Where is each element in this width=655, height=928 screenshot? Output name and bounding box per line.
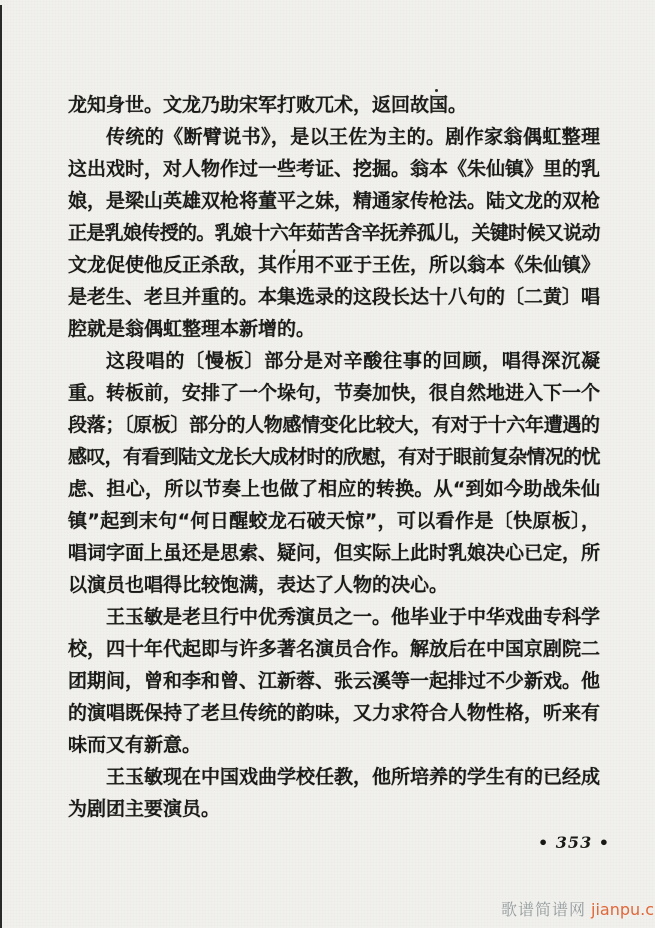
text-line: 龙知身世。文龙乃助宋军打败兀术，返回故国。 xyxy=(68,89,600,121)
watermark-site-url: jianpu.cn xyxy=(591,900,655,919)
text-line: 王玉敏是老旦行中优秀演员之一。他毕业于中华戏曲专科学 xyxy=(68,601,600,633)
text-line: 为剧团主要演员。 xyxy=(68,793,600,825)
body-text: 龙知身世。文龙乃助宋军打败兀术，返回故国。传统的《断臂说书》，是以王佐为主的。剧… xyxy=(68,89,600,825)
page-number: • 353 • xyxy=(538,833,602,852)
watermark-site-name: 歌谱简谱网 xyxy=(501,900,586,919)
text-line: 味而又有新意。 xyxy=(68,729,600,761)
text-line: 段落；〔原板〕部分的人物感情变化比较大，有对于十六年遭遇的 xyxy=(68,409,600,441)
book-page: 龙知身世。文龙乃助宋军打败兀术，返回故国。传统的《断臂说书》，是以王佐为主的。剧… xyxy=(0,0,655,928)
text-line: 正是乳娘传授的。乳娘十六年茹苦含辛抚养孤儿，关键时候又说动 xyxy=(68,217,600,249)
text-line: 镇”起到末句“何日醒蛟龙石破天惊”，可以看作是〔快原板〕， xyxy=(68,505,600,537)
text-line: 团期间，曾和李和曾、江新蓉、张云溪等一起排过不少新戏。他 xyxy=(68,665,600,697)
text-line: 重。转板前，安排了一个垛句，节奏加快，很自然地进入下一个 xyxy=(68,377,600,409)
text-line: 腔就是翁偶虹整理本新增的。 xyxy=(68,313,600,345)
text-line: 唱词字面上虽还是思索、疑问，但实际上此时乳娘决心已定，所 xyxy=(68,537,600,569)
text-line: 虑、担心，所以节奏上也做了相应的转换。从“到如今助战朱仙 xyxy=(68,473,600,505)
text-line: 感叹，有看到陆文龙长大成材时的欣慰，有对于眼前复杂情况的忧 xyxy=(68,441,600,473)
text-line: 文龙促使他反正杀敌，其作用不亚于王佐，所以翁本《朱仙镇》 xyxy=(68,249,600,281)
text-line: 是老生、老旦并重的。本集选录的这段长达十八句的〔二黄〕唱 xyxy=(68,281,600,313)
watermark: 歌谱简谱网jianpu.cn xyxy=(501,897,655,920)
text-line: 传统的《断臂说书》，是以王佐为主的。剧作家翁偶虹整理 xyxy=(68,121,600,153)
page-edge-line xyxy=(0,5,2,928)
text-line: 以演员也唱得比较饱满，表达了人物的决心。 xyxy=(68,569,600,601)
text-line: 王玉敏现在中国戏曲学校任教，他所培养的学生有的已经成 xyxy=(68,761,600,793)
text-line: 的演唱既保持了老旦传统的韵味，又力求符合人物性格，听来有 xyxy=(68,697,600,729)
text-line: 娘，是梁山英雄双枪将董平之妹，精通家传枪法。陆文龙的双枪 xyxy=(68,185,600,217)
text-line: 这出戏时，对人物作过一些考证、挖掘。翁本《朱仙镇》里的乳 xyxy=(68,153,600,185)
text-line: 这段唱的〔慢板〕部分是对辛酸往事的回顾，唱得深沉凝 xyxy=(68,345,600,377)
text-line: 校，四十年代起即与许多著名演员合作。解放后在中国京剧院二 xyxy=(68,633,600,665)
